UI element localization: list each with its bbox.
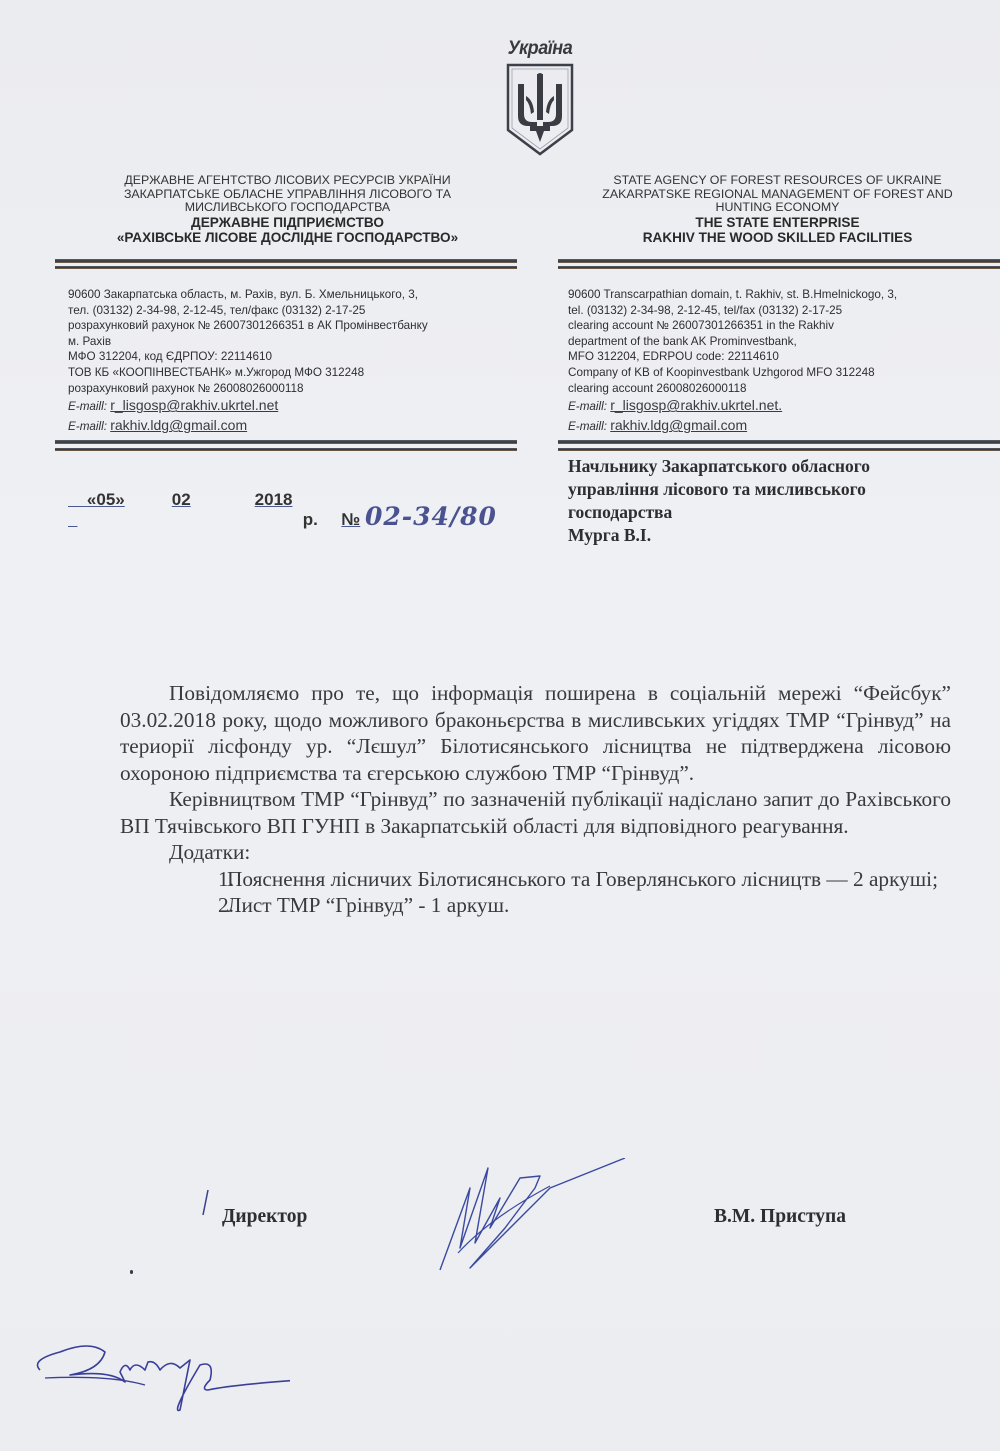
date-month: 02	[172, 490, 191, 509]
address-line: department of the bank AK Prominvestbank…	[568, 334, 998, 350]
address-line: clearing account № 26007301266351 in the…	[568, 318, 998, 334]
signatory-role: Директор	[222, 1206, 307, 1228]
year-suffix: р.	[303, 510, 318, 529]
address-line: 90600 Закарпатська область, м. Рахів, ву…	[68, 287, 518, 303]
state-emblem: Україна	[490, 38, 590, 157]
attachments-label: Додатки:	[120, 839, 951, 866]
attachment-text: Пояснення лісничих Білотисянського та Го…	[227, 867, 938, 891]
ink-dot	[130, 1270, 133, 1274]
email-link[interactable]: rakhiv.ldg@gmail.com	[610, 417, 747, 433]
email-link[interactable]: r_lisgosp@rakhiv.ukrtel.net	[110, 397, 278, 413]
director-signature-icon	[430, 1158, 630, 1278]
handwritten-document-number: 02-34/80	[365, 502, 497, 531]
attachment-item: 2.Лист ТМР “Грінвуд” - 1 аркуш.	[120, 892, 951, 919]
attachment-item: 1.Пояснення лісничих Білотисянського та …	[120, 866, 951, 893]
addressee-line: Начльнику Закарпатського обласного	[568, 455, 968, 478]
org-line: STATE AGENCY OF FOREST RESOURCES OF UKRA…	[555, 174, 1000, 188]
header-divider	[55, 259, 517, 263]
email-label: E-maill:	[568, 420, 607, 433]
org-line: ZAKARPATSKE REGIONAL MANAGEMENT OF FORES…	[555, 188, 1000, 202]
attachment-number: 2.	[169, 892, 227, 919]
email-link[interactable]: r_lisgosp@rakhiv.ukrtel.net.	[610, 397, 782, 413]
addressee-line: Мурга В.І.	[568, 524, 968, 547]
trident-coat-of-arms-icon	[504, 62, 576, 157]
emblem-title: Україна	[493, 38, 588, 60]
header-divider	[558, 266, 1000, 269]
address-line: розрахунковий рахунок № 26008026000118	[68, 381, 518, 397]
email-link[interactable]: rakhiv.ldg@gmail.com	[110, 417, 247, 433]
addressee-line: господарства	[568, 501, 968, 524]
header-divider	[55, 266, 517, 269]
attachment-number: 1.	[169, 866, 227, 893]
address-line: 90600 Transcarpathian domain, t. Rakhiv,…	[568, 287, 998, 303]
org-line: МИСЛИВСЬКОГО ГОСПОДАРСТВА	[60, 201, 515, 215]
address-line: clearing account 26008026000118	[568, 381, 998, 397]
letter-body: Повідомляємо про те, що інформація пошир…	[120, 680, 951, 919]
org-name-line: ДЕРЖАВНЕ ПІДПРИЄМСТВО	[60, 215, 515, 231]
address-line: tel. (03132) 2-34-98, 2-12-45, tel/fax (…	[568, 303, 998, 319]
address-line: МФО 312204, код ЄДРПОУ: 22114610	[68, 349, 518, 365]
org-line: ДЕРЖАВНЕ АГЕНТСТВО ЛІСОВИХ РЕСУРСІВ УКРА…	[60, 174, 515, 188]
org-name-line: THE STATE ENTERPRISE	[555, 215, 1000, 231]
address-divider	[55, 440, 517, 444]
org-line: ЗАКАРПАТСЬКЕ ОБЛАСНЕ УПРАВЛІННЯ ЛІСОВОГО…	[60, 188, 515, 202]
document-date-number: «05»022018 р. № 02-34/80	[68, 470, 497, 531]
executor-signature-icon	[30, 1330, 290, 1420]
body-paragraph: Керівництвом ТМР “Грінвуд” по зазначеній…	[120, 786, 951, 839]
email-label: E-maill:	[68, 400, 107, 413]
org-name-line: «РАХІВСЬКЕ ЛІСОВЕ ДОСЛІДНЕ ГОСПОДАРСТВО»	[60, 230, 515, 246]
body-paragraph: Повідомляємо про те, що інформація пошир…	[120, 680, 951, 786]
date-day: «05»	[87, 490, 125, 509]
address-divider	[558, 448, 1000, 451]
number-label: №	[341, 510, 360, 529]
attachment-text: Лист ТМР “Грінвуд” - 1 аркуш.	[227, 893, 509, 917]
addressee-line: управління лісового та мисливського	[568, 478, 968, 501]
address-line: MFO 312204, EDRPOU code: 22114610	[568, 349, 998, 365]
address-divider	[55, 448, 517, 451]
check-mark-icon	[200, 1188, 212, 1218]
email-label: E-maill:	[68, 420, 107, 433]
address-line: Company of KB of Koopinvestbank Uzhgorod…	[568, 365, 998, 381]
signatory-name: В.М. Приступа	[714, 1206, 846, 1228]
header-divider	[558, 259, 1000, 263]
address-block-english: 90600 Transcarpathian domain, t. Rakhiv,…	[568, 287, 998, 436]
addressee-block: Начльнику Закарпатського обласного управ…	[568, 455, 968, 547]
address-line: розрахунковий рахунок № 26007301266351 в…	[68, 318, 518, 334]
address-divider	[558, 440, 1000, 444]
org-line: HUNTING ECONOMY	[555, 201, 1000, 215]
date-year: 2018	[255, 490, 293, 509]
email-label: E-maill:	[568, 400, 607, 413]
address-line: ТОВ КБ «КООПІНВЕСТБАНК» м.Ужгород МФО 31…	[68, 365, 518, 381]
address-block-ukrainian: 90600 Закарпатська область, м. Рахів, ву…	[68, 287, 518, 436]
org-name-line: RAKHIV THE WOOD SKILLED FACILITIES	[555, 230, 1000, 246]
address-line: м. Рахів	[68, 334, 518, 350]
org-header-ukrainian: ДЕРЖАВНЕ АГЕНТСТВО ЛІСОВИХ РЕСУРСІВ УКРА…	[60, 174, 515, 246]
address-line: тел. (03132) 2-34-98, 2-12-45, тел/факс …	[68, 303, 518, 319]
org-header-english: STATE AGENCY OF FOREST RESOURCES OF UKRA…	[555, 174, 1000, 246]
